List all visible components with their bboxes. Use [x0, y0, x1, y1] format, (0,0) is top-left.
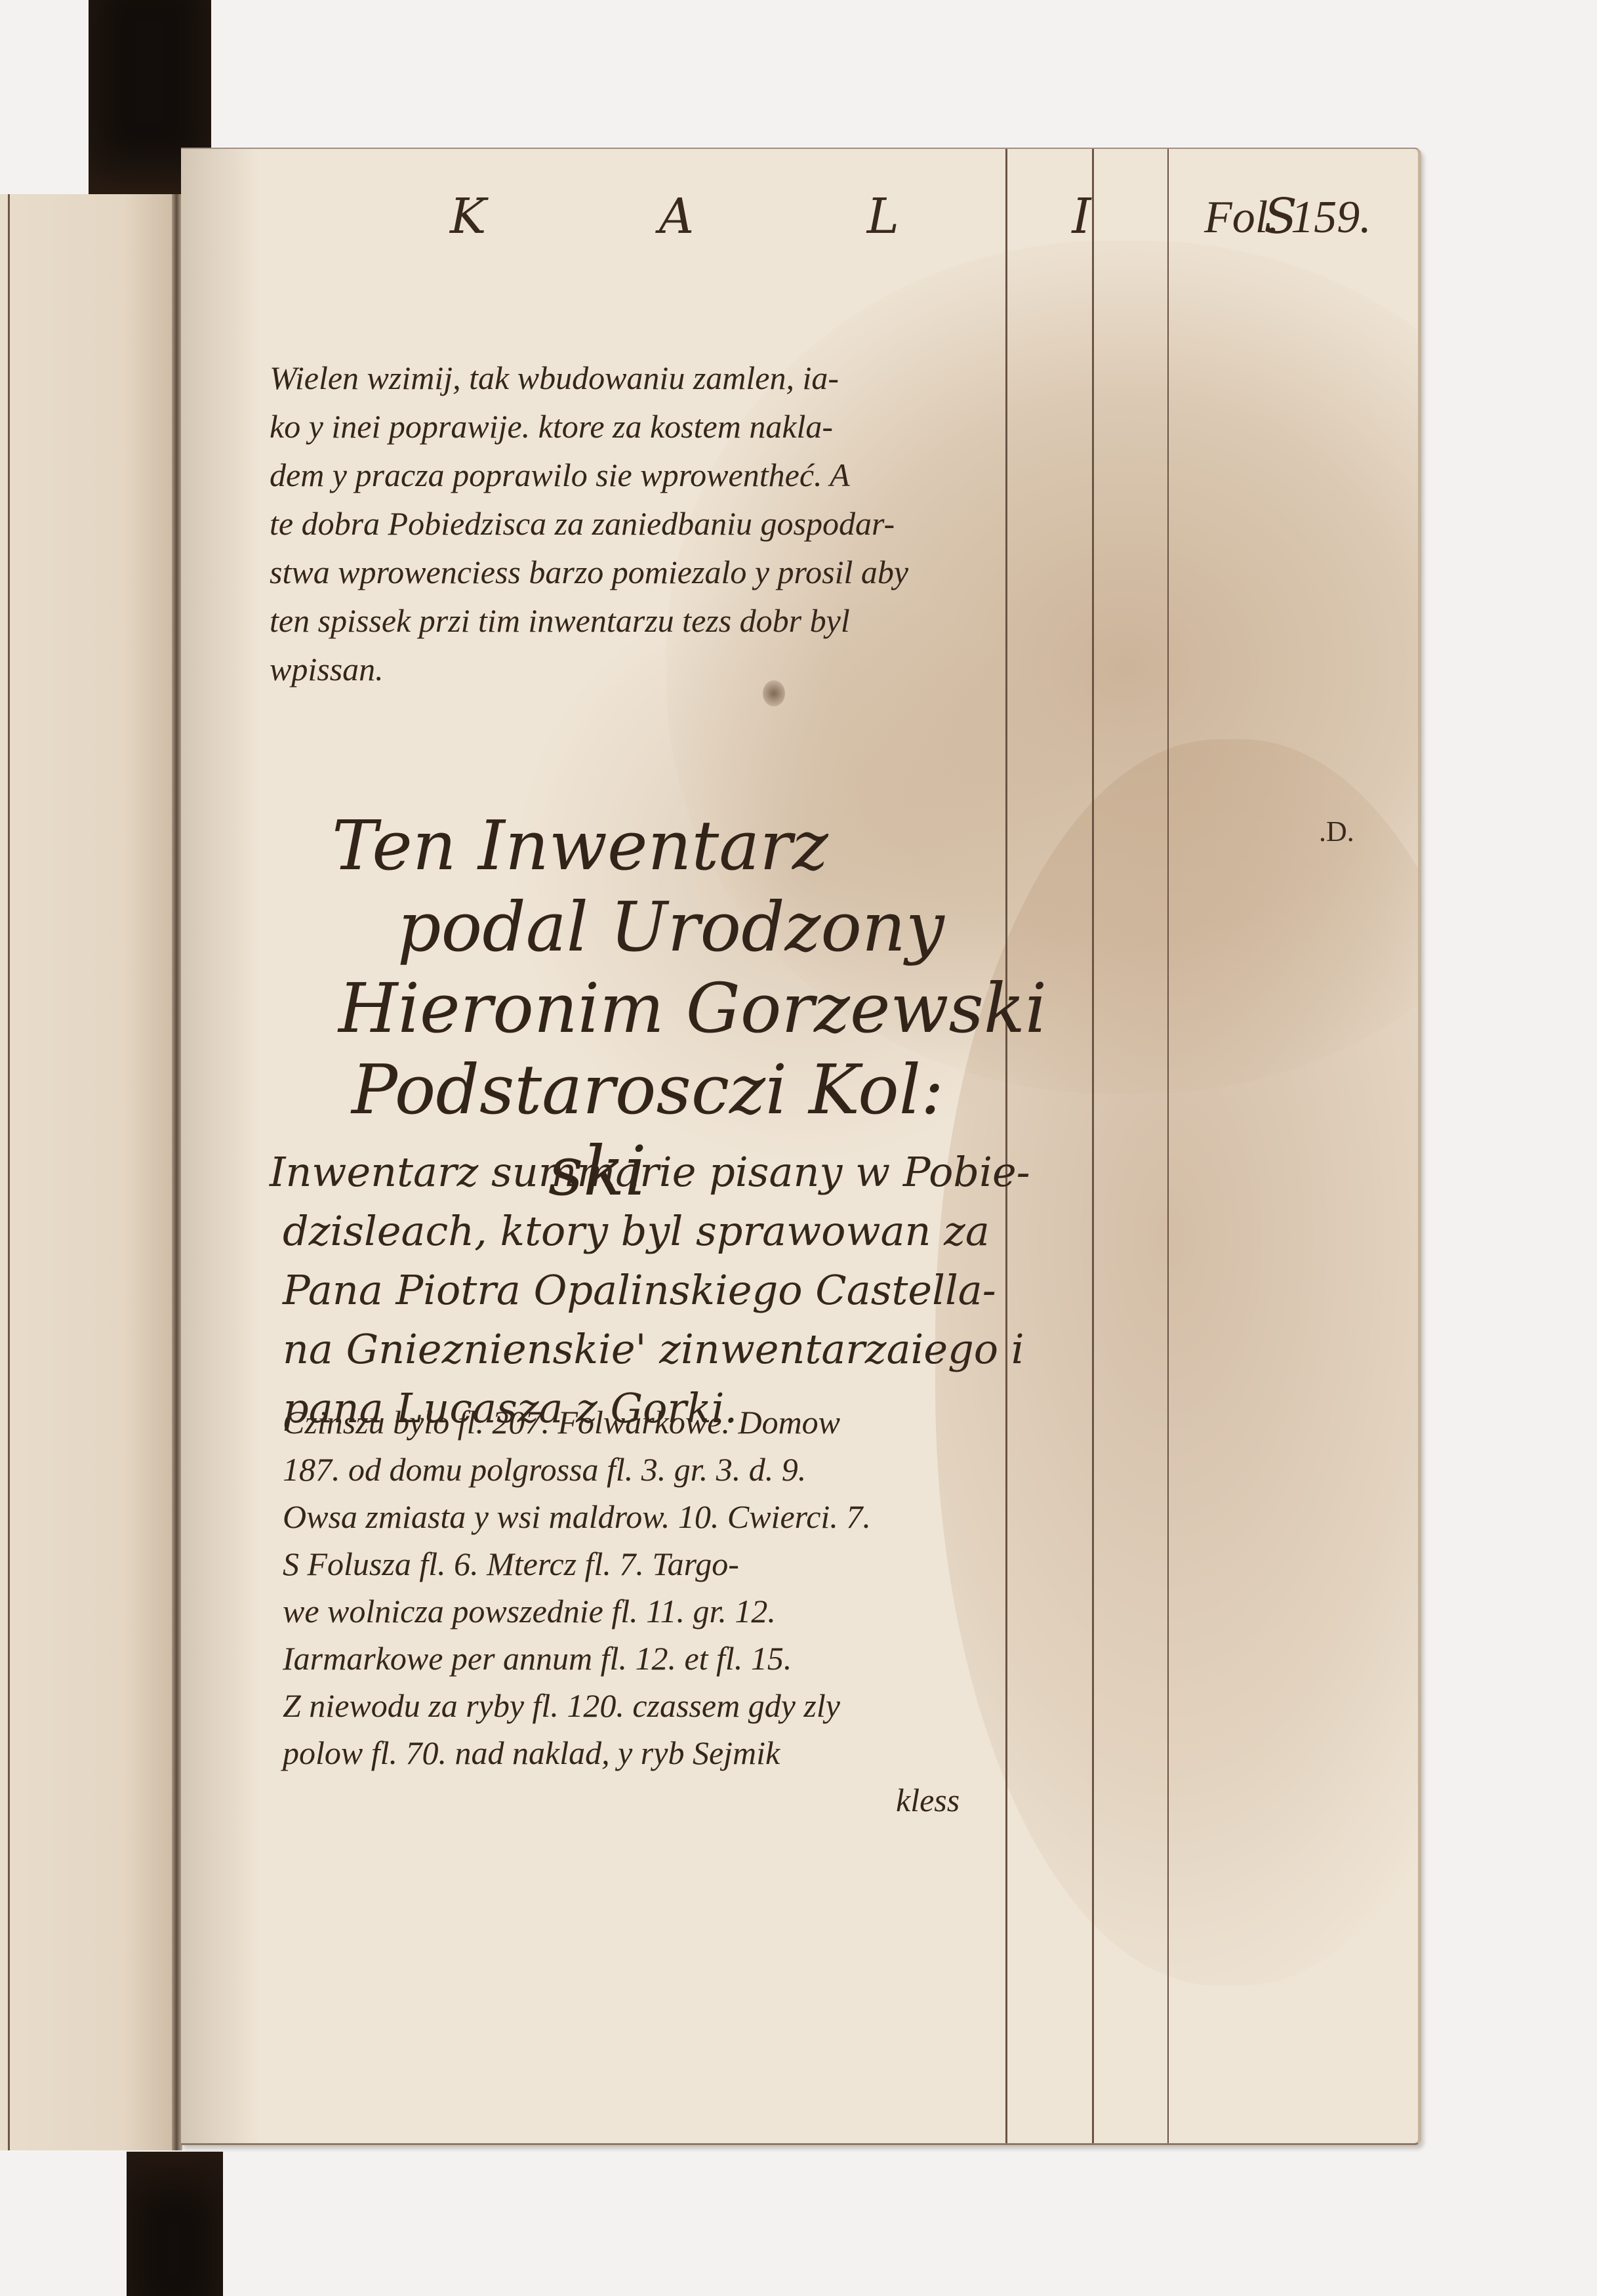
text-line: 187. od domu polgrossa fl. 3. gr. 3. d. …: [270, 1446, 998, 1493]
title-line: podal Urodzony: [332, 886, 1001, 968]
intro-paragraph: Wielen wzimij, tak wbudowaniu zamlen, ia…: [270, 354, 998, 693]
title-line: Podstarosczi Kol:: [332, 1049, 1001, 1130]
left-page-margin-rule: [8, 194, 10, 2150]
text-line: Wielen wzimij, tak wbudowaniu zamlen, ia…: [270, 354, 998, 402]
text-line: S Folusza fl. 6. Mtercz fl. 7. Targo-: [270, 1540, 998, 1588]
manuscript-page: K A L I S Fol. 159. .D. Wielen wzimij, t…: [181, 148, 1421, 2145]
column-rule: [1167, 149, 1169, 2143]
text-line: dzisleach, ktory byl sprawowan za: [270, 1202, 998, 1261]
margin-mark: .D.: [1319, 815, 1354, 848]
column-rule: [1092, 149, 1094, 2143]
left-page-fragment: [0, 194, 176, 2150]
text-line: te dobra Pobiedzisca za zaniedbaniu gosp…: [270, 499, 998, 548]
text-line: Inwentarz summarie pisany w Pobie-: [270, 1143, 998, 1202]
column-rule: [1005, 149, 1007, 2143]
text-line: dem y pracza poprawilo sie wprowentheć. …: [270, 451, 998, 499]
text-line: Czinszu bylo fl. 207. Folwarkowe. Domow: [270, 1399, 998, 1446]
binding-strap-bottom: [127, 2152, 223, 2296]
catchword: kless: [270, 1776, 998, 1824]
page-shadow: [181, 149, 260, 2143]
title-line: Hieronim Gorzewski: [332, 968, 1001, 1049]
inventory-heading-paragraph: Inwentarz summarie pisany w Pobie- dzisl…: [270, 1143, 998, 1438]
text-line: ten spissek przi tim inwentarzu tezs dob…: [270, 596, 998, 645]
text-line: we wolnicza powszednie fl. 11. gr. 12.: [270, 1588, 998, 1635]
folio-number: Fol. 159.: [1204, 192, 1371, 244]
text-line: wpissan.: [270, 645, 998, 693]
text-line: Z niewodu za ryby fl. 120. czassem gdy z…: [270, 1682, 998, 1729]
text-line: ko y inei poprawije. ktore za kostem nak…: [270, 402, 998, 451]
text-line: Owsa zmiasta y wsi maldrow. 10. Cwierci.…: [270, 1493, 998, 1540]
revenue-paragraph: Czinszu bylo fl. 207. Folwarkowe. Domow …: [270, 1399, 998, 1824]
text-line: Pana Piotra Opalinskiego Castella-: [270, 1261, 998, 1320]
text-line: polow fl. 70. nad naklad, y ryb Sejmik: [270, 1729, 998, 1776]
text-line: stwa wprowenciess barzo pomiezalo y pros…: [270, 548, 998, 596]
text-line: na Gnieznienskie' zinwentarzaiego i: [270, 1320, 998, 1379]
text-line: Iarmarkowe per annum fl. 12. et fl. 15.: [270, 1635, 998, 1682]
title-line: Ten Inwentarz: [332, 805, 1001, 886]
